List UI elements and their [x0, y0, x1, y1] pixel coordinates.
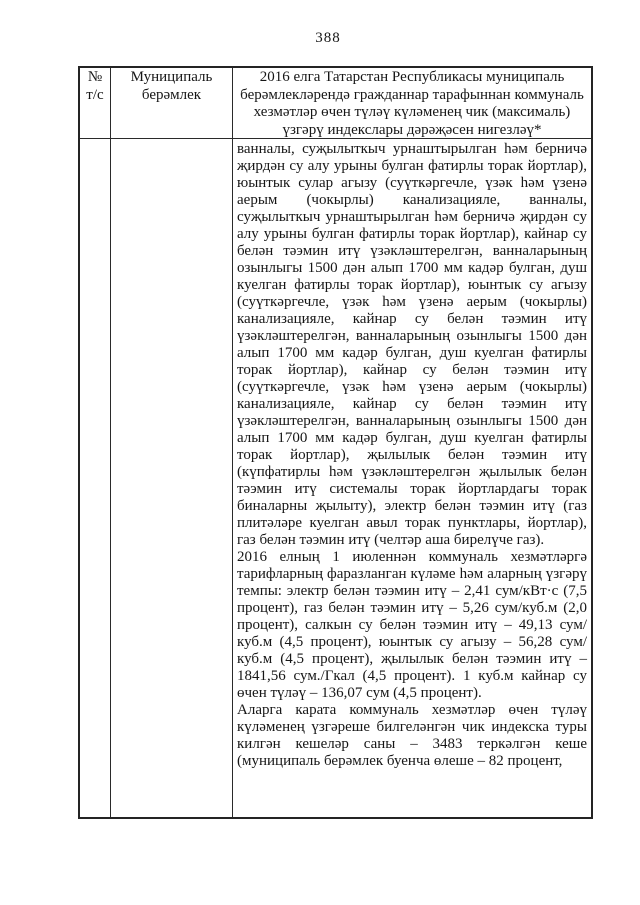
paragraph-population-count: Аларга карата коммуналь хезмәтләр өчен т… [237, 702, 587, 770]
paragraph-tariffs-2016: 2016 елның 1 июленнән коммуналь хезмәтлә… [237, 549, 587, 702]
table-cell-municipality [111, 139, 233, 817]
table-cell-justification-text: ванналы, суҗылыткыч урнаштырылган һәм бе… [233, 139, 591, 817]
utility-index-table: № т/с Муниципаль берәмлек 2016 елга Тата… [78, 66, 593, 819]
column-header-justification: 2016 елга Татарстан Республикасы муницип… [233, 68, 591, 139]
table-cell-num [80, 139, 111, 817]
column-header-municipality: Муниципаль берәмлек [111, 68, 233, 139]
column-header-num: № т/с [80, 68, 111, 139]
paragraph-housing-types: ванналы, суҗылыткыч урнаштырылган һәм бе… [237, 141, 587, 549]
document-page: 388 № т/с Муниципаль берәмлек 2016 елга … [0, 0, 640, 905]
page-number: 388 [0, 30, 640, 47]
